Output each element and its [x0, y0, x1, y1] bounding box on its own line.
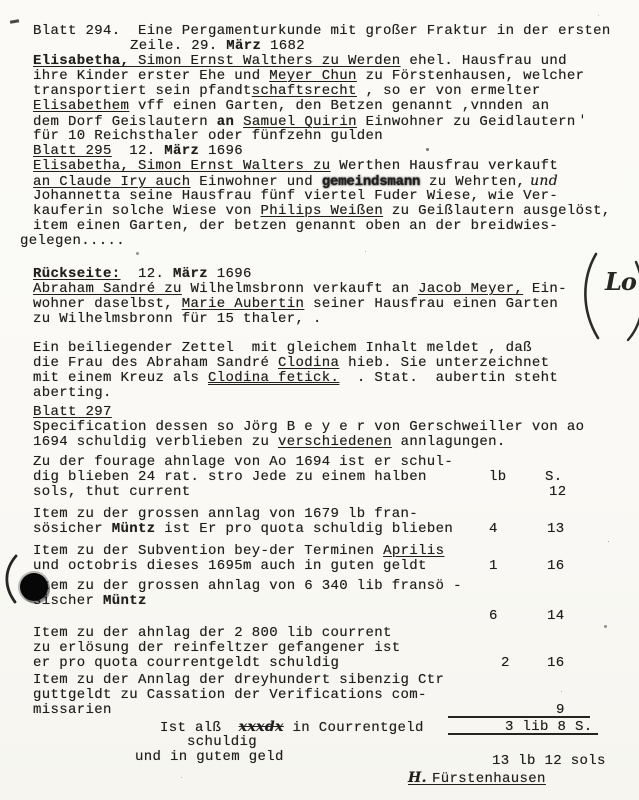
text-segment: März — [226, 38, 261, 54]
text-segment: 12. — [112, 143, 165, 159]
text-line: an Claude Iry auch Einwohner und gemeind… — [33, 174, 639, 189]
text-line: H. Fürstenhausen — [33, 771, 639, 786]
text-segment: und octobris dieses 1695m auch in guten … — [33, 558, 427, 574]
text-segment: Marie Aubertin — [182, 296, 305, 312]
text-segment: vff einen Garten, den Betzen genannt ,vn… — [129, 98, 549, 114]
text-segment: Elisabetha, — [33, 53, 129, 69]
text-segment: item einen Garten, der betzen genannt ob… — [33, 218, 558, 234]
amount-value: 2 — [501, 656, 510, 671]
text-segment: H. — [408, 770, 432, 786]
text-line: Elisabetha, Simon Ernst Walters zu Werth… — [33, 159, 639, 174]
text-segment: hieb. Sie unterzeichnet — [339, 355, 549, 371]
text-line: Blatt 295 12. März 1696 — [33, 144, 639, 159]
text-segment: dig blieben 24 rat. stro Jede zu einem h… — [33, 469, 427, 485]
amount-value: 13 lb 12 sols — [492, 754, 606, 769]
text-line: dig blieben 24 rat. stro Jede zu einem h… — [33, 470, 639, 485]
ledger-row-annlag-1679: Item zu der grossen annlag von 1679 lb f… — [33, 507, 639, 537]
amount-value: 1 — [489, 559, 498, 574]
text-segment: sols, thut current — [33, 484, 191, 500]
text-line: Johannetta seine Hausfrau fünf viertel F… — [33, 189, 639, 204]
amount-value: 6 — [489, 609, 498, 624]
text-segment: Müntz — [112, 521, 156, 537]
text-segment: schaftsrecht — [252, 83, 357, 99]
text-segment: ehel. Hausfrau und — [401, 53, 567, 69]
blatt-294-heading: Blatt 294. Eine Pergamenturkunde mit gro… — [33, 24, 639, 54]
amount-value: 14 — [547, 609, 565, 624]
text-line: und in gutem geld13 lb 12 sols — [33, 750, 639, 765]
text-segment: Blatt 297 — [33, 404, 112, 420]
amount-value: 13 — [547, 522, 565, 537]
amount-value: lb — [489, 470, 507, 485]
text-segment: Specification dessen so Jörg B e y e r v… — [33, 419, 584, 435]
text-segment: Werthen Hausfrau verkauft — [331, 158, 559, 174]
text-segment: transportiert sein pfandt — [33, 83, 252, 99]
text-segment: 1694 schuldig verblieben zu — [33, 434, 278, 450]
text-segment: Jacob Meyer, — [418, 281, 523, 297]
sum-rule — [448, 716, 590, 718]
text-line: ihre Kinder erster Ehe und Meyer Chun zu… — [33, 69, 639, 84]
punch-hole — [20, 573, 48, 601]
ledger-row-courrent-2800: Item zu der ahnlag der 2 800 lib courren… — [33, 626, 639, 671]
text-segment: annlagungen. — [392, 434, 506, 450]
blatt-294-paragraph: Elisabetha, Simon Ernst Walthers zu Werd… — [33, 54, 639, 144]
text-line: missarien9 — [33, 703, 639, 718]
text-segment: 12. — [121, 266, 174, 282]
text-segment: die Frau des Abraham Sandré — [33, 355, 278, 371]
text-line: Item zu der ahnlag der 2 800 lib courren… — [33, 626, 639, 641]
ledger-row-fourage: Zu der fourage ahnlage von Ao 1694 ist e… — [33, 455, 639, 500]
text-segment: ' — [576, 113, 585, 129]
text-segment: Clodina fetick. — [208, 370, 339, 386]
text-line: Ein beiliegender Zettel mit gleichem Inh… — [33, 341, 639, 356]
text-segment: , so er von ermelter — [357, 83, 541, 99]
text-line: Elisabethem vff einen Garten, den Betzen… — [33, 99, 639, 114]
amount-value: S. — [545, 470, 563, 485]
text-segment: er pro quota courrentgeldt schuldig — [33, 655, 339, 671]
text-segment: Zeile. 29. — [130, 38, 226, 54]
text-segment: Item zu der Subvention bey-der Terminen — [33, 543, 383, 559]
text-line: für 10 Reichsthaler oder fünfzehn gulden — [33, 129, 639, 144]
amount-value: 4 — [489, 522, 498, 537]
text-line: sösicher Müntz ist Er pro quota schuldig… — [33, 522, 639, 537]
text-segment: ihre Kinder erster Ehe und — [33, 68, 269, 84]
text-segment: und — [525, 173, 558, 189]
text-line: die Frau des Abraham Sandré Clodina hieb… — [33, 356, 639, 371]
text-segment: missarien — [33, 702, 112, 718]
text-segment: Simon Ernst Walthers zu Werden — [129, 53, 400, 69]
text-line: gelegen..... — [20, 234, 639, 249]
text-line: er pro quota courrentgeldt schuldig216 — [33, 656, 639, 671]
text-segment: Wilhelmsbronn verkauft an — [182, 281, 418, 297]
text-segment: für 10 Reichsthaler oder fünfzehn gulden — [33, 128, 383, 144]
ledger-row-subvention: Item zu der Subvention bey-der Terminen … — [33, 544, 639, 574]
text-line: Item zu der grossen annlag von 1679 lb f… — [33, 507, 639, 522]
text-line: Ist alß xxxdx in Courrentgeld3 lib 8 S. — [33, 720, 639, 735]
ledger-row-dreyhundert: Item zu der Annlag der dreyhundert siben… — [33, 673, 639, 718]
text-segment: Abraham Sandré zu — [33, 281, 182, 297]
amount-value: 16 — [547, 559, 565, 574]
text-line: transportiert sein pfandtschaftsrecht , … — [33, 84, 639, 99]
signature: H. Fürstenhausen — [33, 771, 639, 786]
text-segment: 1682 — [261, 38, 305, 54]
text-segment: Ein beiliegender Zettel mit gleichem Inh… — [33, 340, 532, 356]
text-line: kauferin solche Wiese von Philips Weißen… — [33, 204, 639, 219]
text-line: mit einem Kreuz als Clodina fetick. . St… — [33, 371, 639, 386]
text-segment: Elisabetha, Simon Ernst Walters zu — [33, 158, 331, 174]
zettel-paragraph: Ein beiliegender Zettel mit gleichem Inh… — [33, 341, 639, 401]
text-line: wohner daselbst, Marie Aubertin seiner H… — [33, 297, 639, 312]
text-segment: Zu der fourage ahnlage von Ao 1694 ist e… — [33, 454, 453, 470]
text-segment: mit einem Kreuz als — [33, 370, 208, 386]
text-segment: . Stat. aubertin steht — [339, 370, 558, 386]
text-segment: 1696 — [208, 266, 252, 282]
text-segment: ist Er pro quota schuldig blieben — [156, 521, 454, 537]
text-line: item einen Garten, der betzen genannt ob… — [33, 219, 639, 234]
text-line: Blatt 297 — [33, 405, 639, 420]
document-page: Blatt 294. Eine Pergamenturkunde mit gro… — [0, 0, 639, 800]
text-segment: Ein- — [523, 281, 567, 297]
text-line: Elisabetha, Simon Ernst Walthers zu Werd… — [33, 54, 639, 69]
text-segment: in Courrentgeld — [284, 720, 424, 736]
text-segment: Item zu der Annlag der dreyhundert siben… — [33, 672, 444, 688]
text-line: und octobris dieses 1695m auch in guten … — [33, 559, 639, 574]
text-line: schuldig — [33, 735, 639, 750]
amount-value: 12 — [549, 485, 567, 500]
text-segment: März — [164, 143, 199, 159]
text-segment: Item zu der ahnlag der 2 800 lib courren… — [33, 625, 392, 641]
text-line: sols, thut current12 — [33, 485, 639, 500]
text-line: 1694 schuldig verblieben zu verschiedene… — [33, 435, 639, 450]
text-segment: und in gutem geld — [135, 749, 284, 765]
text-segment: zu Förstenhausen, welcher — [357, 68, 585, 84]
lo-annotation-text: Lo — [605, 274, 636, 289]
document-text: Blatt 294. Eine Pergamenturkunde mit gro… — [33, 24, 639, 786]
text-segment: gelegen..... — [20, 233, 125, 249]
text-line: 614 — [33, 609, 639, 624]
amount-value: 16 — [547, 656, 565, 671]
text-segment: zu Geißlautern ausgelöst, — [383, 203, 611, 219]
text-line: Blatt 294. Eine Pergamenturkunde mit gro… — [33, 24, 639, 39]
text-segment: Item zu der grossen annlag von 1679 lb f… — [33, 506, 418, 522]
text-segment: 1696 — [199, 143, 243, 159]
text-segment: Philips Weißen — [261, 203, 384, 219]
text-line: Item zu der Subvention bey-der Terminen … — [33, 544, 639, 559]
text-segment: zu erlösung der reinfeltzer gefangener i… — [33, 640, 401, 656]
text-line: Rückseite: 12. März 1696 — [33, 267, 639, 282]
text-segment: Fürstenhausen — [432, 771, 546, 787]
text-segment: Meyer Chun — [269, 68, 357, 84]
text-line: zu erlösung der reinfeltzer gefangener i… — [33, 641, 639, 656]
text-segment: Blatt 294. Eine Pergamenturkunde mit gro… — [33, 23, 611, 39]
text-line: Item zu der Annlag der dreyhundert siben… — [33, 673, 639, 688]
text-segment: Aprilis — [383, 543, 444, 559]
totals-block: Ist alß xxxdx in Courrentgeld3 lib 8 S.s… — [33, 720, 639, 765]
paren-strokes-icon — [578, 248, 639, 344]
scan-noise — [426, 148, 429, 151]
text-segment: Item zu der grossen ahnlag von 6 340 lib… — [33, 578, 462, 594]
text-segment: schuldig — [187, 734, 257, 750]
text-line: dem Dorf Geislautern an Samuel Quirin Ei… — [33, 114, 639, 129]
text-segment: März — [173, 266, 208, 282]
specification-paragraph: Specification dessen so Jörg B e y e r v… — [33, 420, 639, 450]
blatt-297-heading: Blatt 297 — [33, 405, 639, 420]
text-segment: Müntz — [103, 593, 147, 609]
text-line: aberting. — [33, 386, 639, 401]
text-segment: xxxdx — [239, 719, 284, 735]
text-segment: verschiedenen — [278, 434, 392, 450]
ledger-row-annlag-6340: Item zu der grossen ahnlag von 6 340 lib… — [33, 579, 639, 624]
text-segment: guttgeldt zu Cassation der Verifications… — [33, 687, 427, 703]
text-segment: Rückseite: — [33, 266, 121, 282]
handwritten-lo-annotation: Lo — [578, 248, 639, 344]
blatt-295-heading: Blatt 295 12. März 1696 — [33, 144, 639, 159]
paren-stroke-icon — [1, 554, 19, 604]
rueckseite-heading: Rückseite: 12. März 1696 — [33, 267, 639, 282]
text-segment: seiner Hausfrau einen Garten — [304, 296, 558, 312]
text-segment: wohner daselbst, — [33, 296, 182, 312]
text-segment: Clodina — [278, 355, 339, 371]
scan-dash-artifact — [10, 19, 19, 23]
text-line: sischer Müntz — [33, 594, 639, 609]
text-segment: sösicher — [33, 521, 112, 537]
text-line: zu Wilhelmsbronn für 15 thaler, . — [33, 312, 639, 327]
text-segment: aberting. — [33, 385, 112, 401]
text-line: Zu der fourage ahnlage von Ao 1694 ist e… — [33, 455, 639, 470]
text-line: Item zu der grossen ahnlag von 6 340 lib… — [33, 579, 639, 594]
text-line: Specification dessen so Jörg B e y e r v… — [33, 420, 639, 435]
handwritten-paren-mark — [1, 554, 19, 604]
rueckseite-paragraph: Abraham Sandré zu Wilhelmsbronn verkauft… — [33, 282, 639, 327]
text-segment: Johannetta seine Hausfrau fünf viertel F… — [33, 188, 558, 204]
text-segment: zu Wilhelmsbronn für 15 thaler, . — [33, 311, 322, 327]
blatt-295-paragraph: Elisabetha, Simon Ernst Walters zu Werth… — [33, 159, 639, 249]
text-line: guttgeldt zu Cassation der Verifications… — [33, 688, 639, 703]
text-line: Abraham Sandré zu Wilhelmsbronn verkauft… — [33, 282, 639, 297]
text-segment: Elisabethem — [33, 98, 129, 114]
text-segment: Einwohner zu Geidlautern — [357, 114, 576, 130]
text-line: Zeile. 29. März 1682 — [33, 39, 639, 54]
text-segment: Blatt 295 — [33, 143, 112, 159]
text-segment: kauferin solche Wiese von — [33, 203, 261, 219]
